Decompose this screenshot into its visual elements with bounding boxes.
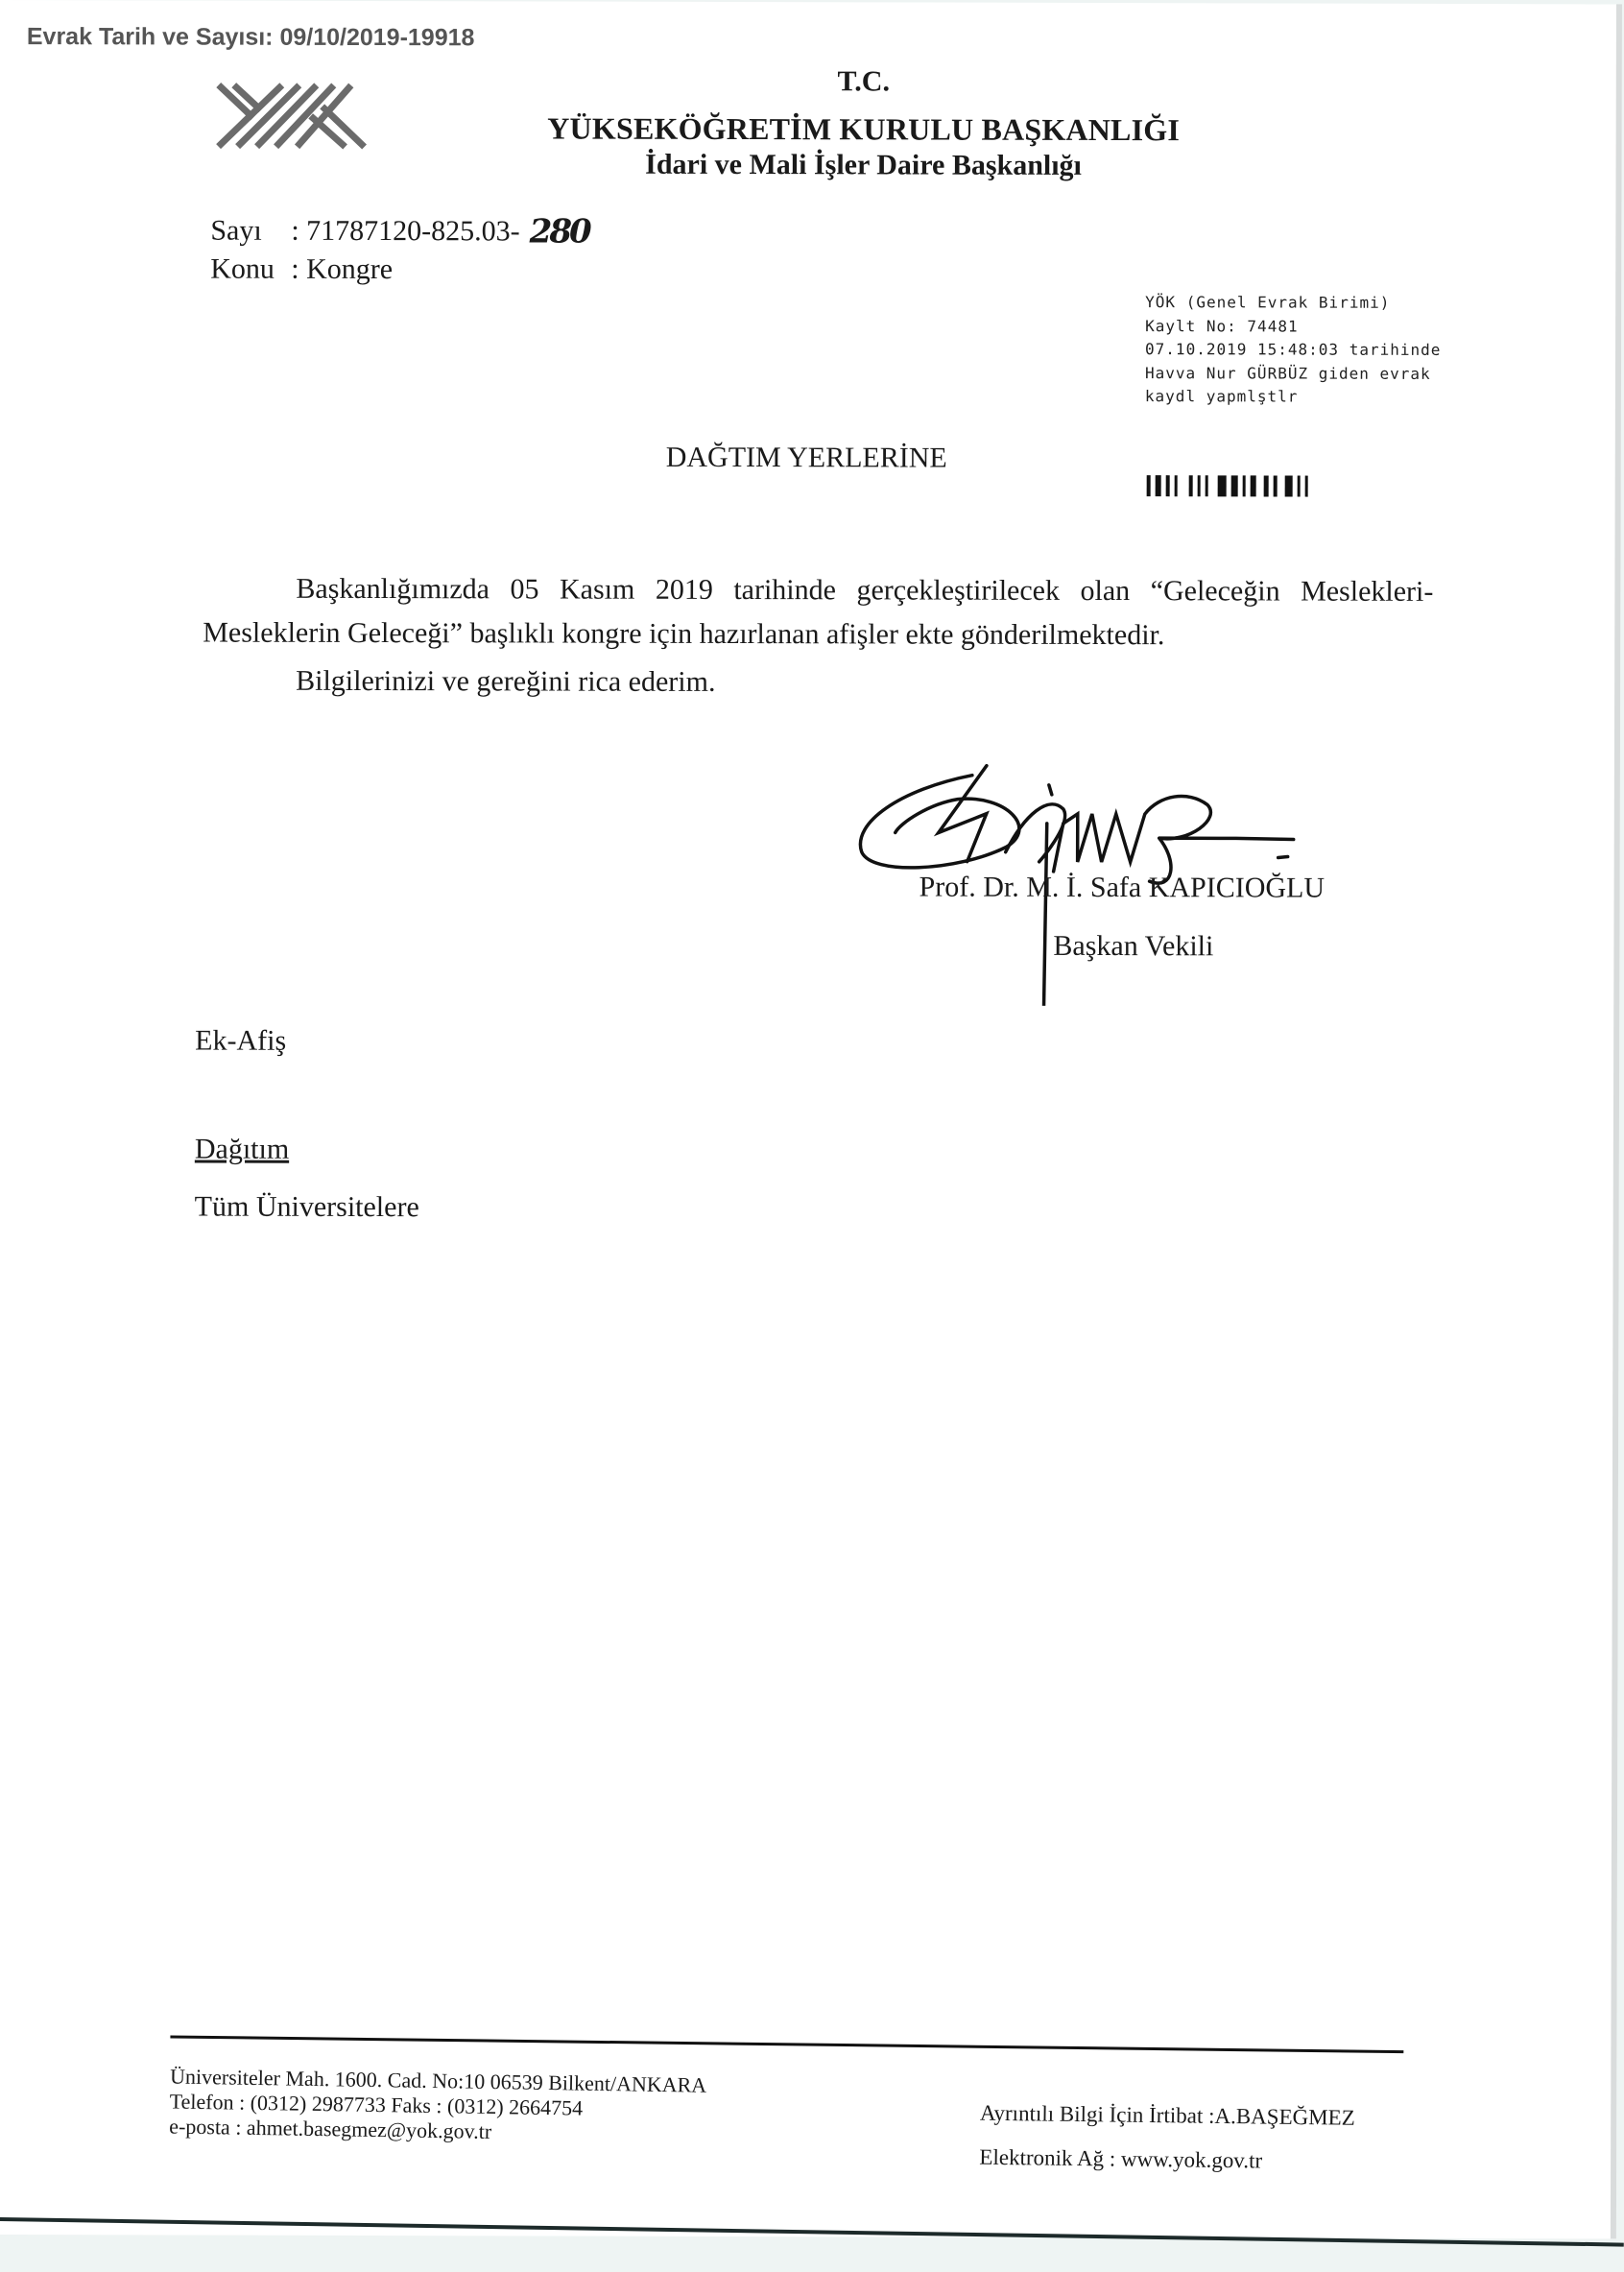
body-paragraph: Başkanlığımızda 05 Kasım 2019 tarihinde … <box>203 567 1433 658</box>
number-label: Sayı <box>210 212 291 251</box>
document-page: Evrak Tarih ve Sayısı: 09/10/2019-19918 … <box>0 0 1622 2238</box>
subject-row: Konu : Kongre <box>210 251 588 290</box>
subject-label: Konu <box>210 251 291 289</box>
handwritten-number: 280 <box>530 212 589 251</box>
document-date-stamp: Evrak Tarih ve Sayısı: 09/10/2019-19918 <box>27 23 475 52</box>
footer-contact-person: Ayrıntılı Bilgi İçin İrtibat :A.BAŞEĞMEZ <box>980 2092 1355 2140</box>
closing-line: Bilgilerinizi ve gereğini rica ederim. <box>203 659 1433 706</box>
signer-title: Başkan Vekili <box>1053 930 1213 963</box>
number-value: : 71787120-825.03- <box>291 212 519 251</box>
number-row: Sayı : 71787120-825.03- 280 <box>210 212 588 251</box>
attachment-note: Ek-Afiş <box>195 1025 286 1058</box>
registry-line: Kaylt No: 74481 <box>1145 315 1441 339</box>
footer-website: Elektronik Ağ : www.yok.gov.tr <box>979 2136 1354 2185</box>
yok-logo-icon <box>215 82 369 151</box>
document-meta: Sayı : 71787120-825.03- 280 Konu : Kongr… <box>210 212 589 290</box>
distribution-title: Dağıtım <box>195 1134 289 1166</box>
subject-value: : Kongre <box>291 251 393 289</box>
barcode-icon <box>1147 475 1313 496</box>
distribution-item: Tüm Üniversitelere <box>195 1191 419 1225</box>
registry-line: YÖK (Genel Evrak Birimi) <box>1145 291 1441 315</box>
letter-body: Başkanlığımızda 05 Kasım 2019 tarihinde … <box>203 567 1433 706</box>
country-abbreviation: T.C. <box>480 64 1248 99</box>
signer-name: Prof. Dr. M. İ. Safa KAPICIOĞLU <box>919 872 1325 905</box>
registry-line: Havva Nur GÜRBÜZ giden evrak <box>1145 362 1441 386</box>
footer-info-block: Ayrıntılı Bilgi İçin İrtibat :A.BAŞEĞMEZ… <box>979 2092 1355 2185</box>
registry-line: kaydl yapmlştlr <box>1145 385 1441 409</box>
registry-stamp: YÖK (Genel Evrak Birimi) Kaylt No: 74481… <box>1145 291 1442 409</box>
footer-divider <box>170 2035 1403 2053</box>
letterhead: T.C. YÜKSEKÖĞRETİM KURULU BAŞKANLIĞI İda… <box>480 64 1248 182</box>
department-name: İdari ve Mali İşler Daire Başkanlığı <box>480 148 1248 182</box>
registry-line: 07.10.2019 15:48:03 tarihinde <box>1145 338 1441 362</box>
footer-contact-block: Üniversiteler Mah. 1600. Cad. No:10 0653… <box>169 2064 706 2147</box>
addressee: DAĞTIM YERLERİNE <box>666 442 947 475</box>
organization-name: YÜKSEKÖĞRETİM KURULU BAŞKANLIĞI <box>480 110 1248 148</box>
